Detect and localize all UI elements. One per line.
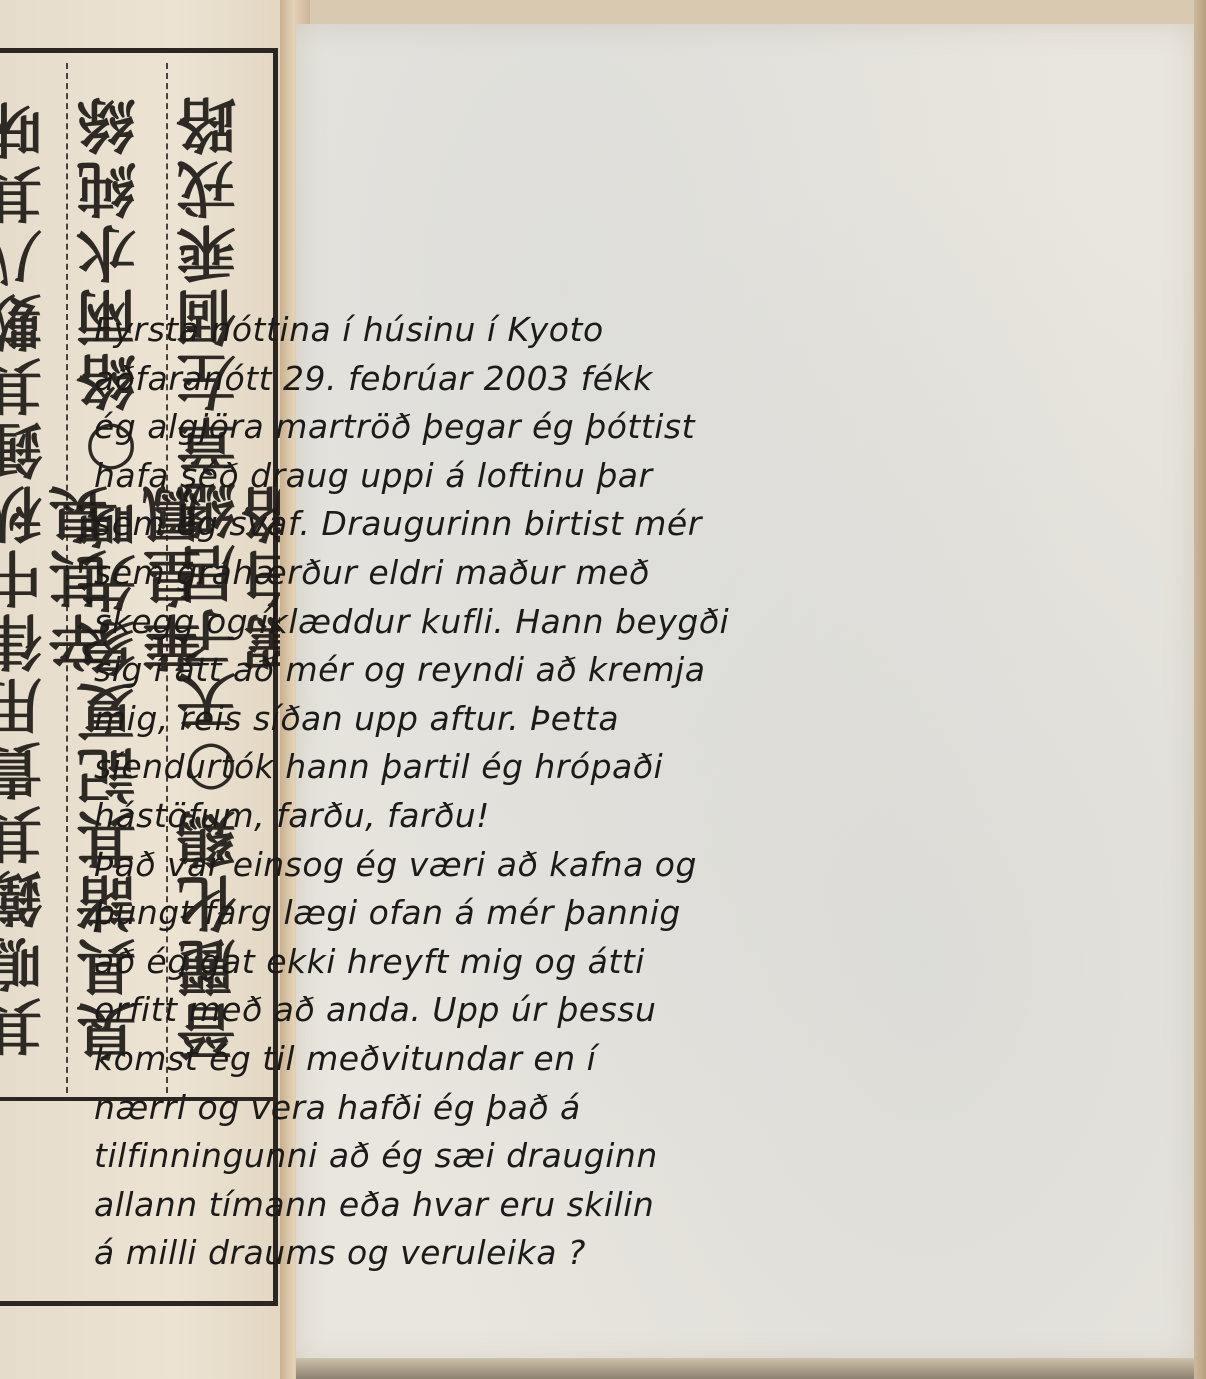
note-line: hástöfum, farðu, farðu! bbox=[94, 792, 884, 841]
note-line: mig, reis síðan upp aftur. Þetta bbox=[94, 695, 884, 744]
note-line: síendurtók hann þartil ég hrópaði bbox=[94, 743, 884, 792]
page-edge bbox=[1194, 0, 1206, 1379]
note-line: nærri og vera hafði ég það á bbox=[94, 1084, 884, 1133]
note-line: á milli draums og veruleika ? bbox=[94, 1229, 884, 1278]
handwritten-note: Fyrsta nóttina í húsinu í Kyoto aðfaranó… bbox=[94, 306, 884, 1278]
note-line: allann tímann eða hvar eru skilin bbox=[94, 1181, 884, 1230]
note-line: sig í átt að mér og reyndi að kremja bbox=[94, 646, 884, 695]
print-column-1: 其嗚鐵其貴用律中秋鍾其數八其味辛其臭 bbox=[0, 67, 68, 1087]
note-line: aðfaranótt 29. febrúar 2003 fékk bbox=[94, 355, 884, 404]
note-line: tilfinningunni að ég sæi drauginn bbox=[94, 1132, 884, 1181]
note-line: Það var einsog ég væri að kafna og bbox=[94, 841, 884, 890]
note-line: sem ég svaf. Draugurinn birtist mér bbox=[94, 500, 884, 549]
note-line: hafa séð draug uppi á loftinu þar bbox=[94, 452, 884, 501]
sheet-bottom-shadow bbox=[296, 1358, 1194, 1379]
note-line: Fyrsta nóttina í húsinu í Kyoto bbox=[94, 306, 884, 355]
note-line: ég algjöra martröð þegar ég þóttist bbox=[94, 403, 884, 452]
note-line: skegg og íklæddur kufli. Hann beygði bbox=[94, 598, 884, 647]
note-line: að ég gat ekki hreyft mig og átti bbox=[94, 938, 884, 987]
note-line: sem gráhærður eldri maður með bbox=[94, 549, 884, 598]
note-line: þungt farg lægi ofan á mér þannig bbox=[94, 889, 884, 938]
note-line: erfitt með að anda. Upp úr þessu bbox=[94, 986, 884, 1035]
note-line: komst ég til meðvitundar en í bbox=[94, 1035, 884, 1084]
